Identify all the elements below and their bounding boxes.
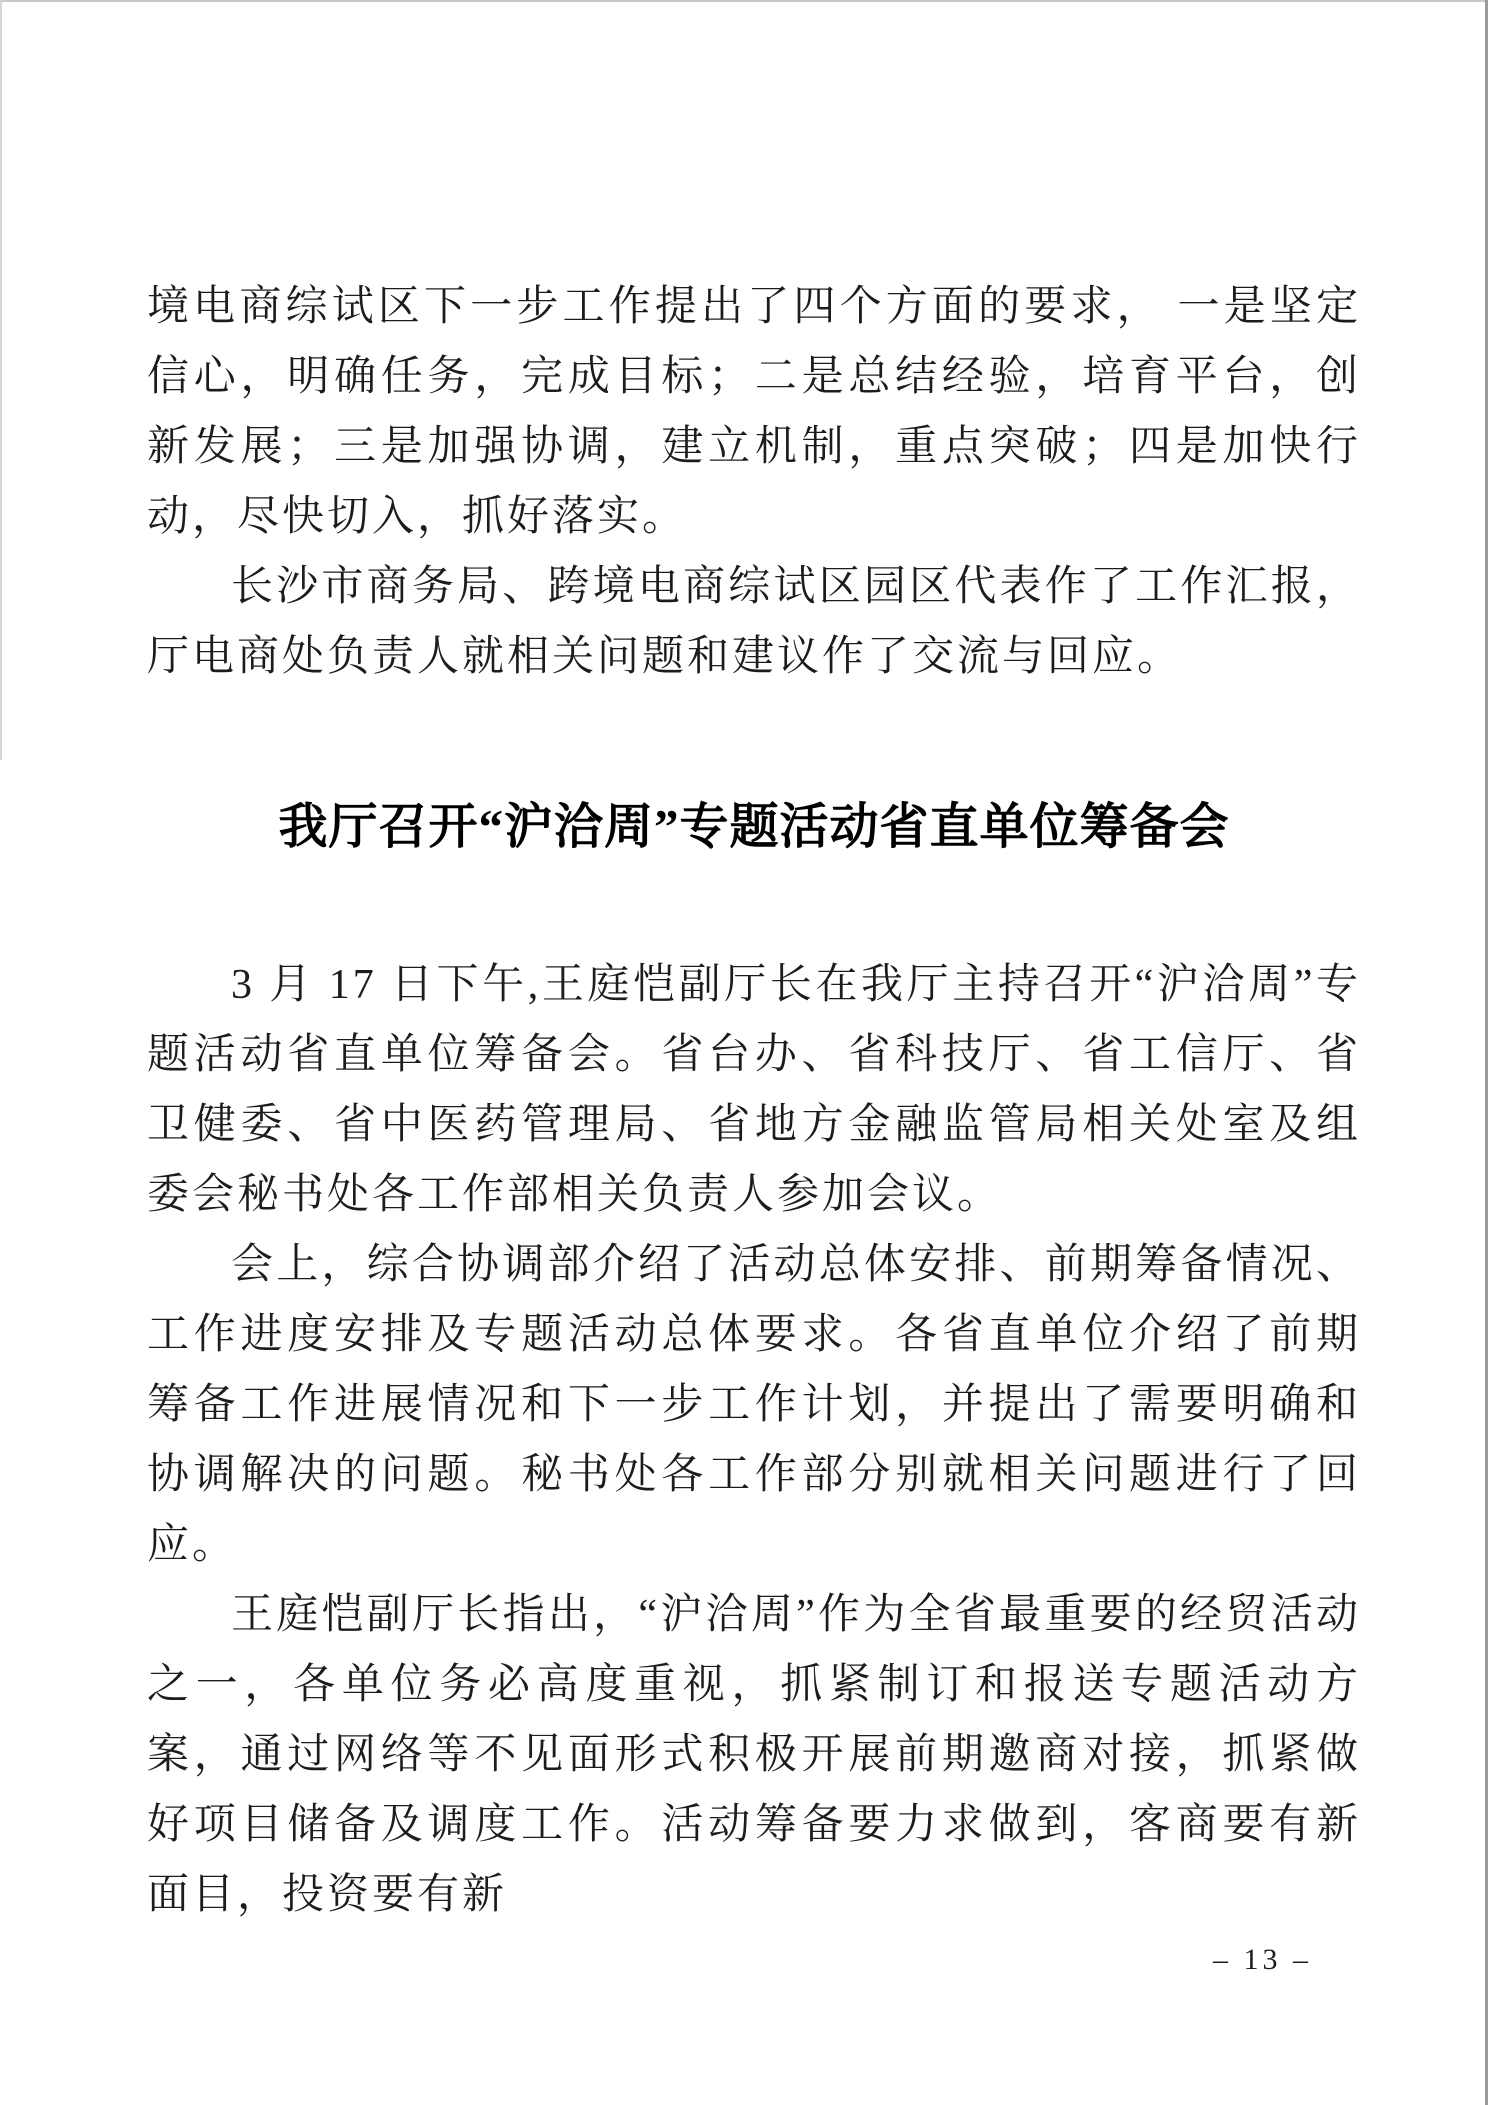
text-content: 境电商综试区下一步工作提出了四个方面的要求， 一是坚定信心，明确任务，完成目标；… xyxy=(147,272,1361,1930)
article-title: 我厅召开“沪洽周”专题活动省直单位筹备会 xyxy=(147,792,1361,862)
scan-edge-left xyxy=(0,0,2,760)
body-paragraph: 王庭恺副厅长指出，“沪洽周”作为全省最重要的经贸活动之一，各单位务必高度重视，抓… xyxy=(147,1580,1361,1930)
scan-edge-top xyxy=(0,0,1488,2)
body-paragraph: 长沙市商务局、跨境电商综试区园区代表作了工作汇报，厅电商处负责人就相关问题和建议… xyxy=(147,552,1361,692)
body-paragraph-continued: 境电商综试区下一步工作提出了四个方面的要求， 一是坚定信心，明确任务，完成目标；… xyxy=(147,272,1361,552)
body-paragraph: 3 月 17 日下午,王庭恺副厅长在我厅主持召开“沪洽周”专题活动省直单位筹备会… xyxy=(147,950,1361,1230)
document-page: 境电商综试区下一步工作提出了四个方面的要求， 一是坚定信心，明确任务，完成目标；… xyxy=(0,0,1488,2105)
body-paragraph: 会上，综合协调部介绍了活动总体安排、前期筹备情况、工作进度安排及专题活动总体要求… xyxy=(147,1230,1361,1580)
page-number: – 13 – xyxy=(1213,1943,1312,1977)
